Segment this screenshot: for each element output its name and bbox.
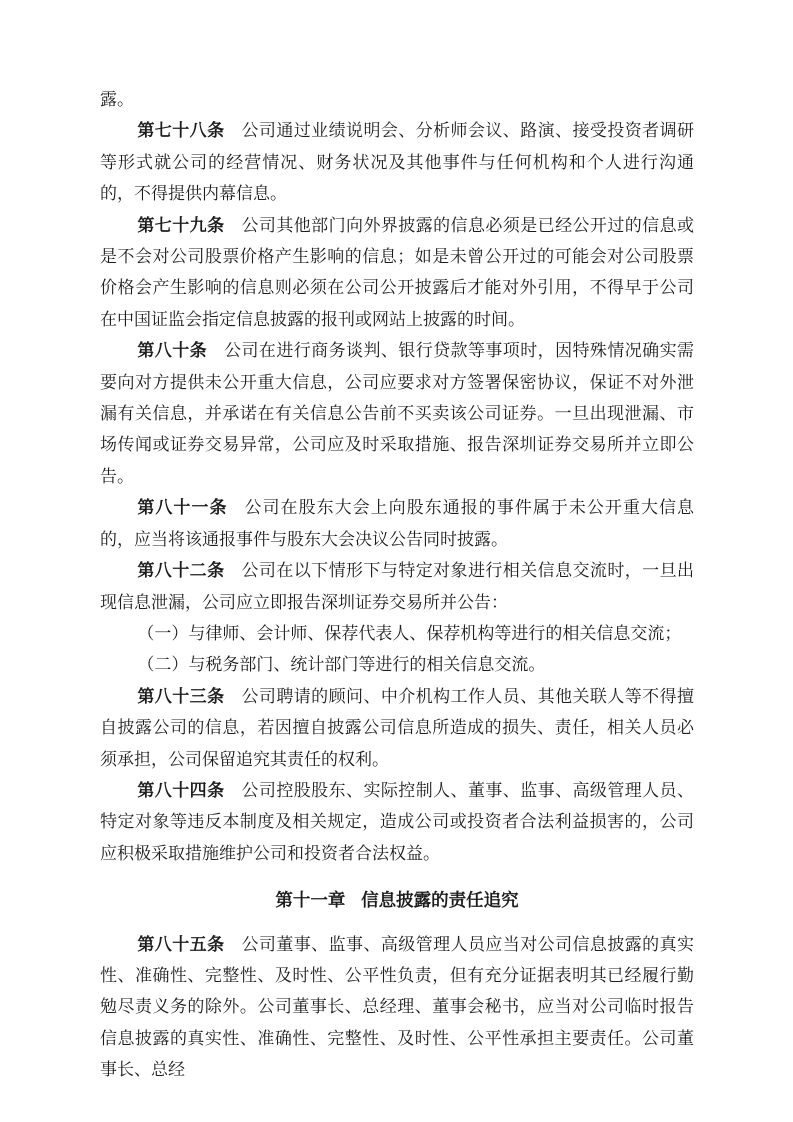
- list-item-1: （一）与律师、会计师、保荐代表人、保荐机构等进行的相关信息交流；: [100, 618, 694, 649]
- article-78-number: 第七十八条: [137, 121, 224, 140]
- article-79-number: 第七十九条: [137, 216, 224, 235]
- article-83-number: 第八十三条: [137, 687, 224, 706]
- article-82-number: 第八十二条: [137, 561, 224, 580]
- chapter-number: 第十一章: [275, 890, 345, 910]
- article-85-paragraph: 第八十五条公司董事、监事、高级管理人员应当对公司信息披露的真实性、准确性、完整性…: [100, 929, 694, 1086]
- article-79-paragraph: 第七十九条公司其他部门向外界披露的信息必须是已经公开过的信息或是不会对公司股票价…: [100, 210, 694, 336]
- list-item-2: （二）与税务部门、统计部门等进行的相关信息交流。: [100, 649, 694, 680]
- article-81-number: 第八十一条: [137, 498, 227, 517]
- document-page: 露。 第七十八条公司通过业绩说明会、分析师会议、路演、接受投资者调研等形式就公司…: [0, 0, 793, 1122]
- article-78-paragraph: 第七十八条公司通过业绩说明会、分析师会议、路演、接受投资者调研等形式就公司的经营…: [100, 115, 694, 209]
- chapter-title: 信息披露的责任追究: [361, 890, 519, 910]
- article-85-number: 第八十五条: [137, 935, 224, 954]
- continuation-line: 露。: [100, 84, 694, 115]
- continuation-text: 露。: [100, 90, 134, 109]
- article-80-paragraph: 第八十条公司在进行商务谈判、银行贷款等事项时，因特殊情况确实需要向对方提供未公开…: [100, 335, 694, 492]
- article-83-paragraph: 第八十三条公司聘请的顾问、中介机构工作人员、其他关联人等不得擅自披露公司的信息，…: [100, 681, 694, 775]
- list-item-2-text: （二）与税务部门、统计部门等进行的相关信息交流。: [137, 655, 545, 674]
- article-80-number: 第八十条: [137, 341, 207, 360]
- article-84-number: 第八十四条: [137, 781, 224, 800]
- chapter-heading: 第十一章信息披露的责任追究: [100, 885, 694, 916]
- article-82-paragraph: 第八十二条公司在以下情形下与特定对象进行相关信息交流时，一旦出现信息泄漏，公司应…: [100, 555, 694, 618]
- article-84-paragraph: 第八十四条公司控股股东、实际控制人、董事、监事、高级管理人员、特定对象等违反本制…: [100, 775, 694, 869]
- article-80-text: 公司在进行商务谈判、银行贷款等事项时，因特殊情况确实需要向对方提供未公开重大信息…: [100, 341, 694, 486]
- list-item-1-text: （一）与律师、会计师、保荐代表人、保荐机构等进行的相关信息交流；: [137, 624, 681, 643]
- article-81-paragraph: 第八十一条公司在股东大会上向股东通报的事件属于未公开重大信息的，应当将该通报事件…: [100, 492, 694, 555]
- article-85-text: 公司董事、监事、高级管理人员应当对公司信息披露的真实性、准确性、完整性、及时性、…: [100, 935, 694, 1080]
